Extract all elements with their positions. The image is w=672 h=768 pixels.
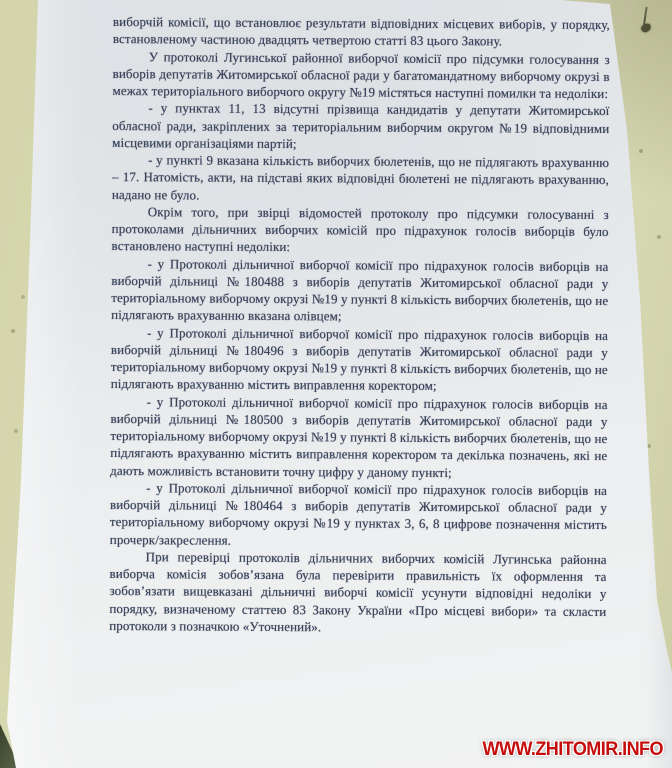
photo-of-document: виборчій комісії, що встановлює результа… <box>0 0 672 768</box>
document-paragraph: виборчій комісії, що встановлює результа… <box>113 13 610 51</box>
document-paragraph: - у Протоколі дільничної виборчої комісі… <box>111 323 608 395</box>
document-page: виборчій комісії, що встановлює результа… <box>0 0 672 768</box>
document-paragraph: - у пунктах 11, 13 відсутні прізвища кан… <box>112 99 609 154</box>
document-paragraph: У протоколі Лугинської районної виборчої… <box>112 47 609 102</box>
document-text: виборчій комісії, що встановлює результа… <box>109 13 610 637</box>
document-paragraph: - у Протоколі дільничної виборчої комісі… <box>110 479 607 551</box>
document-paragraph: - у Протоколі дільничної виборчої комісі… <box>111 254 608 326</box>
document-paragraph: - у пункті 9 вказана кількість виборчих … <box>112 151 609 206</box>
document-paragraph: - у Протоколі дільничної виборчої комісі… <box>110 392 608 481</box>
watermark: WWW.ZHITOMIR.INFO <box>483 739 663 761</box>
debris-mark <box>640 23 652 34</box>
background-speckles <box>0 0 2 2</box>
document-paragraph: Окрім того, при звірці відомостей проток… <box>112 203 609 258</box>
document-paragraph: При перевірці протоколів дільничних вибо… <box>109 548 607 637</box>
